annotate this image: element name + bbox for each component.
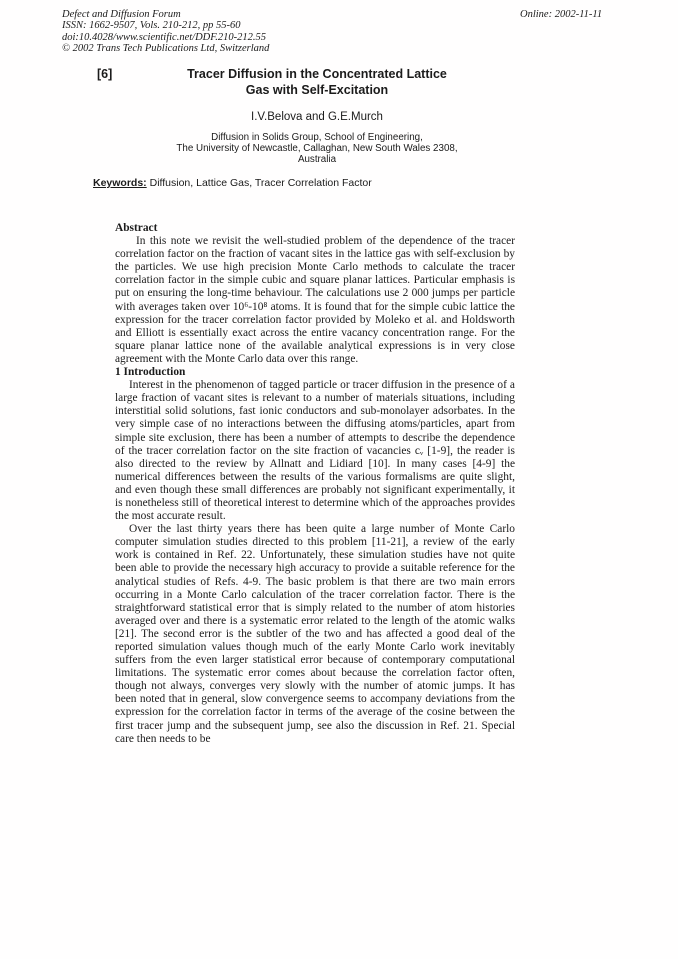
abstract-paragraph: In this note we revisit the well-studied…: [115, 235, 515, 366]
introduction-paragraph-1: Interest in the phenomenon of tagged par…: [115, 379, 515, 523]
paper-page: Defect and Diffusion Forum ISSN: 1662-95…: [0, 0, 678, 959]
affiliation: Diffusion in Solids Group, School of Eng…: [118, 132, 516, 166]
keywords-label: Keywords:: [93, 177, 147, 189]
article-title-line-1: Tracer Diffusion in the Concentrated Lat…: [118, 66, 516, 82]
journal-name: Defect and Diffusion Forum: [62, 9, 269, 20]
article-body: Abstract In this note we revisit the wel…: [115, 222, 515, 746]
affiliation-line-1: Diffusion in Solids Group, School of Eng…: [118, 132, 516, 143]
keywords-line: Keywords: Diffusion, Lattice Gas, Tracer…: [93, 177, 372, 189]
journal-header: Defect and Diffusion Forum ISSN: 1662-95…: [62, 9, 269, 55]
journal-copyright-line: © 2002 Trans Tech Publications Ltd, Swit…: [62, 43, 269, 54]
keywords-list: Diffusion, Lattice Gas, Tracer Correlati…: [147, 177, 372, 189]
introduction-heading: 1 Introduction: [115, 366, 515, 379]
affiliation-line-2: The University of Newcastle, Callaghan, …: [118, 143, 516, 154]
article-title-line-2: Gas with Self-Excitation: [118, 82, 516, 98]
article-title: Tracer Diffusion in the Concentrated Lat…: [118, 66, 516, 98]
online-date: Online: 2002-11-11: [520, 9, 602, 20]
authors: I.V.Belova and G.E.Murch: [118, 111, 516, 123]
introduction-paragraph-2: Over the last thirty years there has bee…: [115, 523, 515, 746]
journal-issn-line: ISSN: 1662-9507, Vols. 210-212, pp 55-60: [62, 20, 269, 31]
abstract-heading: Abstract: [115, 222, 515, 235]
affiliation-line-3: Australia: [118, 154, 516, 165]
journal-doi-line: doi:10.4028/www.scientific.net/DDF.210-2…: [62, 32, 269, 43]
article-number: [6]: [97, 67, 112, 81]
